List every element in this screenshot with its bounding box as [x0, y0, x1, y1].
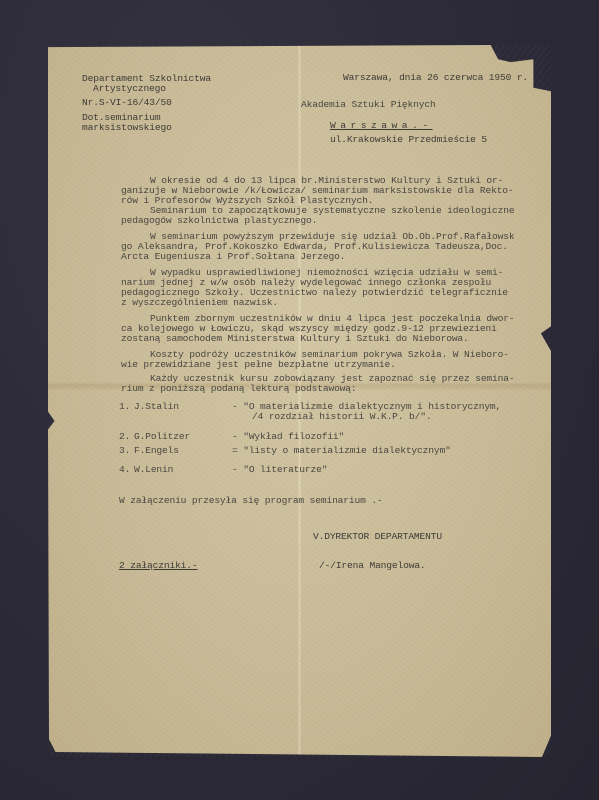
body-line: z wyszczególnieniem nazwisk.: [121, 298, 278, 309]
recipient-street: ul.Krakowskie Przedmieście 5: [330, 135, 487, 146]
signature-title: V.DYREKTOR DEPARTAMENTU: [313, 532, 442, 543]
body-line: wie przewidziane jest pełne bezpłatne ut…: [121, 360, 396, 371]
recipient-city: Warszawa.-: [330, 121, 433, 132]
reading-item-number: 1.: [119, 402, 130, 413]
date-line: Warszawa, dnia 26 czerwca 1950 r.: [343, 73, 528, 84]
body-line: rium z poniższą podaną lekturą podstawow…: [121, 384, 357, 395]
reading-item-author: J.Stalin: [134, 402, 179, 413]
reading-item-title: - "O literaturze": [232, 465, 327, 476]
reading-item-author: G.Politzer: [134, 432, 190, 443]
body-line: zostaną samochodem Ministerstwa Kultury …: [121, 334, 469, 345]
signature-name: /-/Irena Mangelowa.: [319, 561, 426, 572]
sender-department-line2: Artystycznego: [93, 84, 166, 95]
reading-item-title-cont: /4 rozdział historii W.K.P. b/".: [252, 412, 431, 423]
attachments-note: 2 załączniki.-: [119, 561, 198, 572]
reading-item-author: F.Engels: [134, 446, 179, 457]
reading-item-number: 4.: [119, 465, 130, 476]
reference-number: Nr.S-VI-16/43/50: [82, 98, 172, 109]
subject-line2: marksistowskiego: [82, 123, 172, 134]
recipient-name: Akademia Sztuki Pięknych: [301, 100, 436, 111]
reading-item-title: = "listy o materializmie dialektycznym": [232, 446, 451, 457]
body-line: Arcta Eugeniusza i Prof.Sołtana Jerzego.: [121, 252, 345, 263]
body-line: pedagogów szkolnictwa plastycznego.: [121, 216, 317, 227]
closing-line: W załączeniu przesyła się program semina…: [119, 496, 383, 507]
reading-item-title: - "Wykład filozofii": [232, 432, 344, 443]
reading-item-number: 3.: [119, 446, 130, 457]
reading-item-author: W.Lenin: [134, 465, 173, 476]
reading-item-number: 2.: [119, 432, 130, 443]
